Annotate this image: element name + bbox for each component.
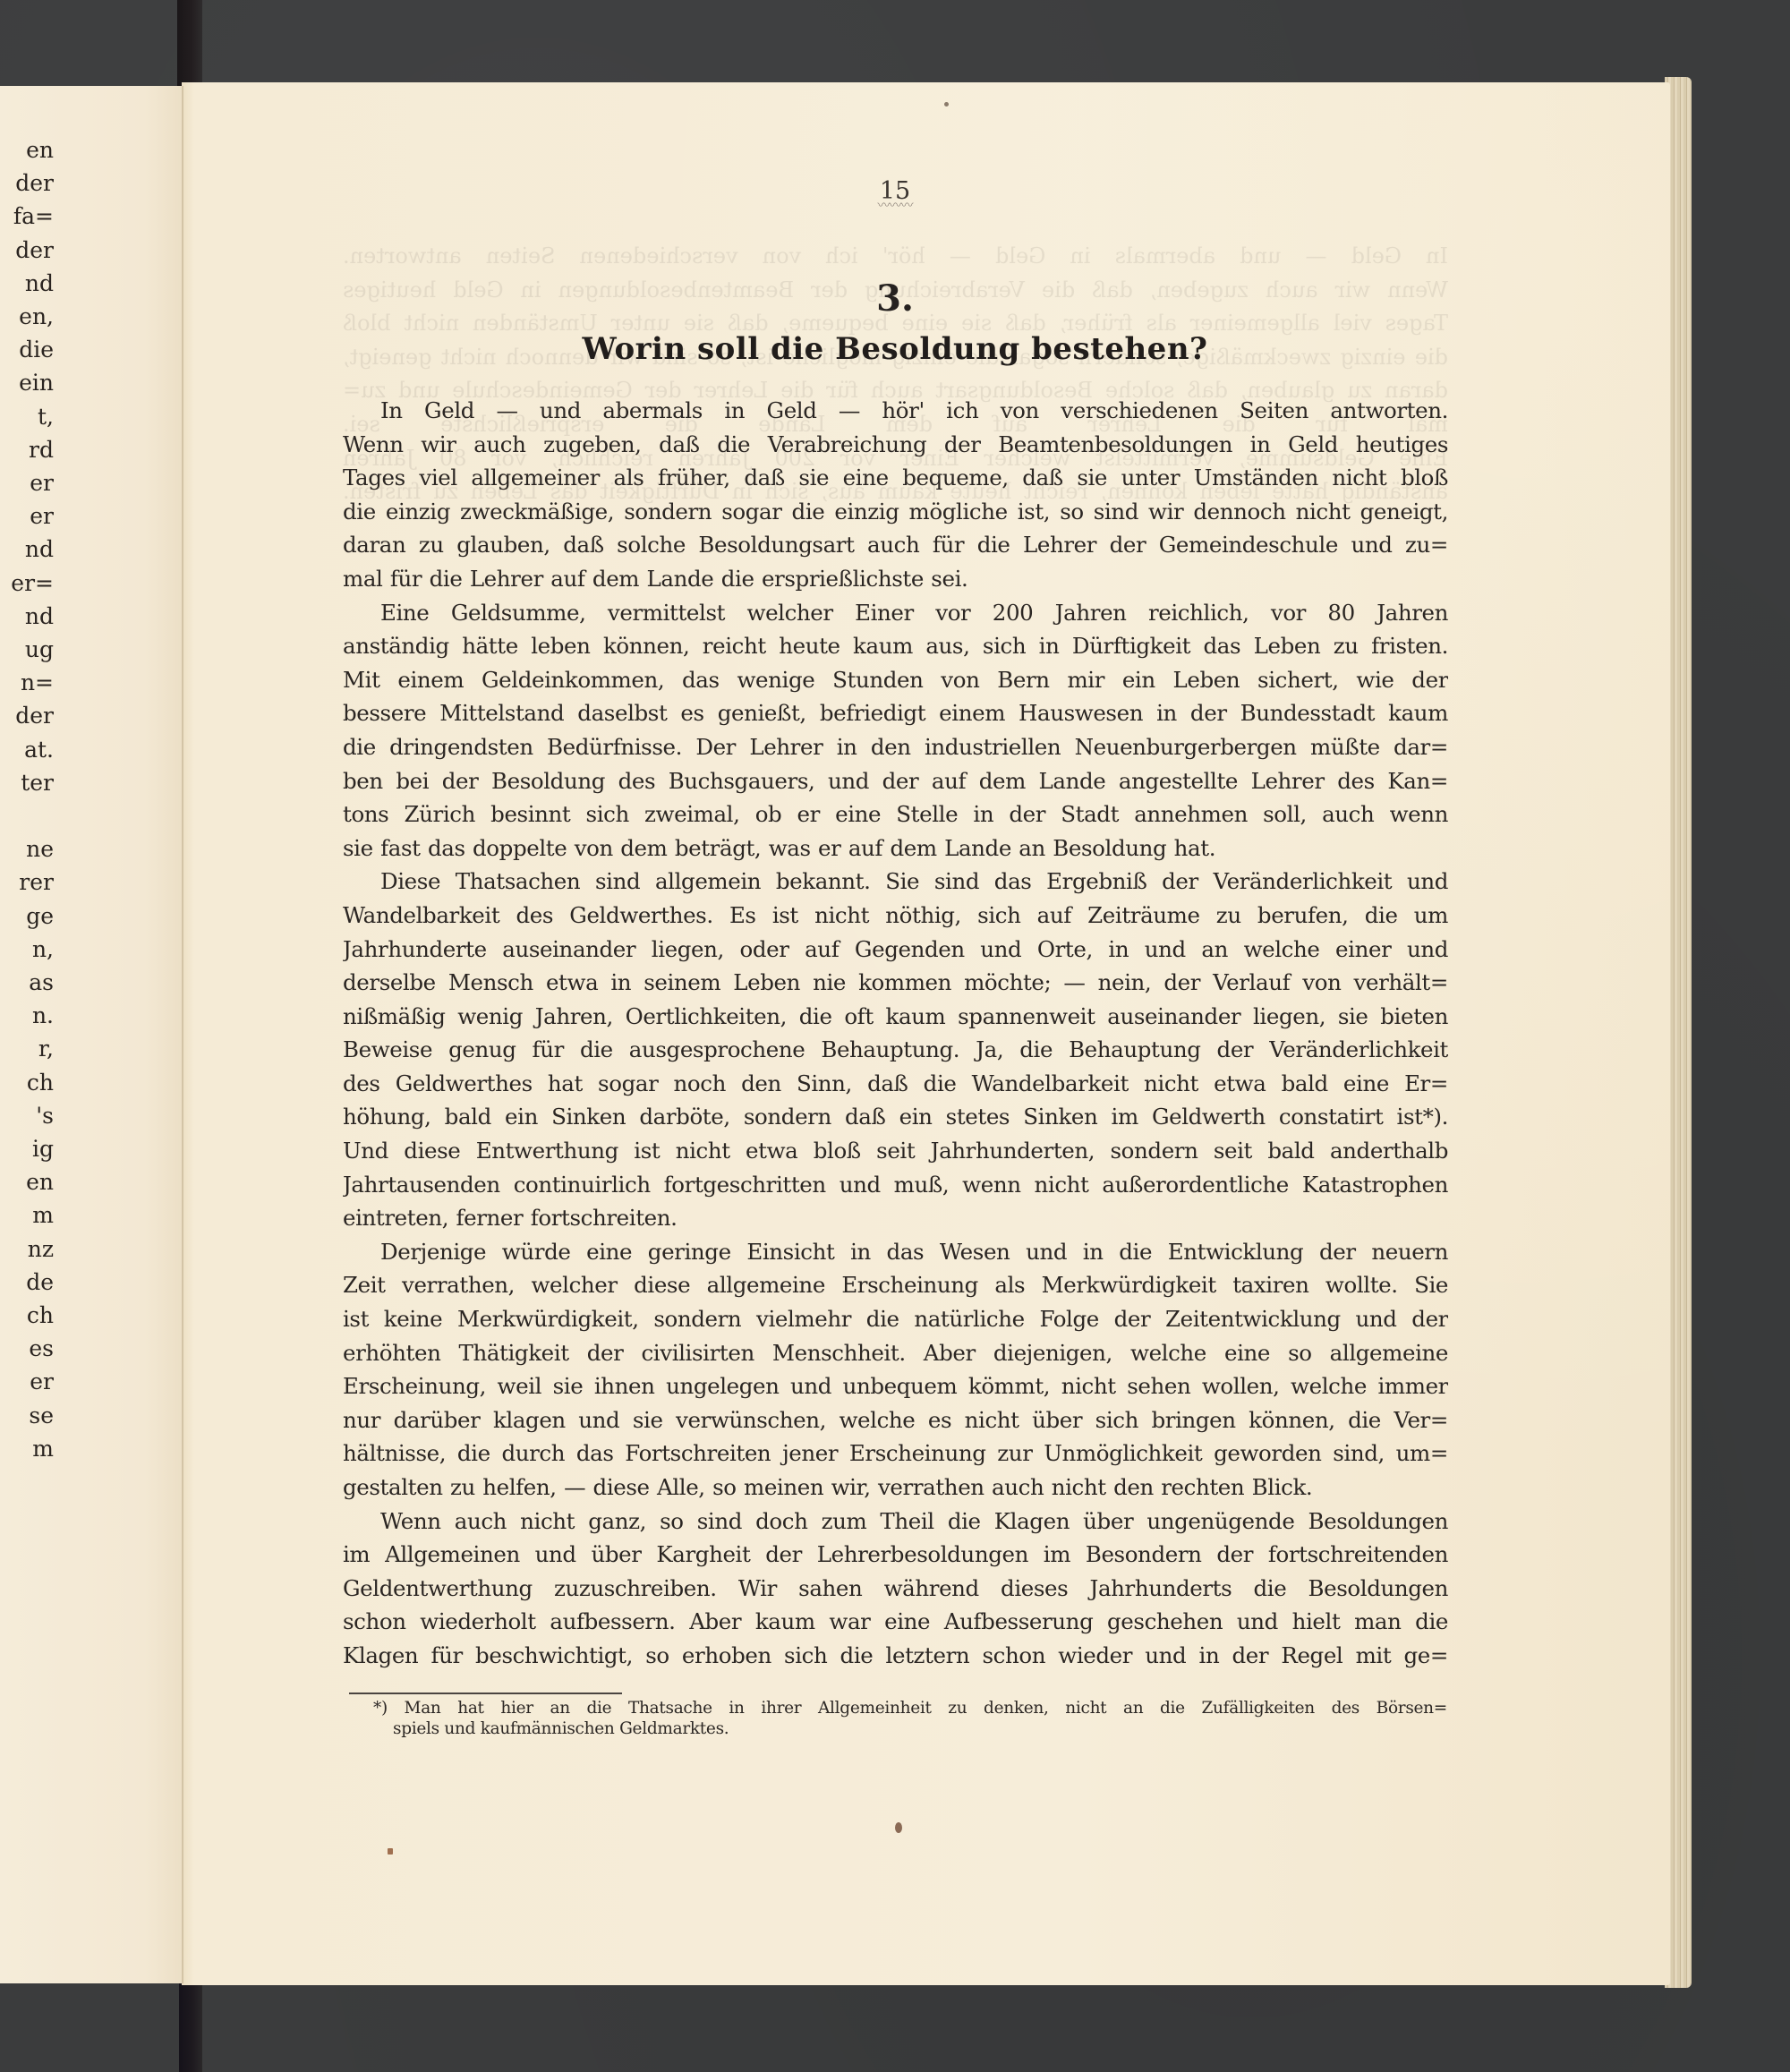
chapter-number: 3.: [805, 277, 984, 320]
text-line: nur darüber klagen und sie verwünschen, …: [343, 1403, 1448, 1437]
text-line: höhung, bald ein Sinken darböte, sondern…: [343, 1100, 1448, 1134]
text-line: gestalten zu helfen, — diese Alle, so me…: [343, 1471, 1448, 1505]
text-line: Erscheinung, weil sie ihnen ungelegen un…: [343, 1369, 1448, 1403]
text-line: Geldentwerthung zuzuschreiben. Wir sahen…: [343, 1572, 1448, 1606]
footnote-line: *) Man hat hier an die Thatsache in ihre…: [373, 1698, 1447, 1718]
left-page-fragment: nz: [0, 1238, 54, 1260]
text-line: Zeit verrathen, welcher diese allgemeine…: [343, 1268, 1448, 1302]
text-line: eintreten, ferner fortschreiten.: [343, 1201, 1448, 1235]
text-line: hältnisse, die durch das Fortschreiten j…: [343, 1437, 1448, 1471]
text-line: Tages viel allgemeiner als früher, daß s…: [343, 461, 1448, 495]
page-number-ornament: 〰〰〰: [868, 202, 922, 209]
show-through-line: In Geld — und abermals in Geld — hör' ic…: [343, 240, 1448, 274]
left-page-fragment: as: [0, 971, 54, 993]
text-line: Wenn auch nicht ganz, so sind doch zum T…: [343, 1505, 1448, 1539]
body-text: In Geld — und abermals in Geld — hör' ic…: [343, 394, 1448, 1673]
left-page-fragment: de: [0, 1271, 54, 1293]
left-page-fragment: m: [0, 1204, 54, 1226]
gutter-fold: [182, 86, 183, 1983]
left-page-fragment: der: [0, 239, 54, 261]
text-line: ben bei der Besoldung des Buchsgauers, u…: [343, 764, 1448, 798]
text-line: sie fast das doppelte von dem beträgt, w…: [343, 831, 1448, 865]
text-line: bessere Mittelstand daselbst es genießt,…: [343, 696, 1448, 730]
footnote-line: spiels und kaufmännischen Geldmarktes.: [373, 1718, 1447, 1739]
left-page-fragment: der: [0, 172, 54, 194]
left-page-fragment: ge: [0, 905, 54, 927]
paper-speck: [895, 1822, 902, 1833]
text-line: Und diese Entwerthung ist nicht etwa blo…: [343, 1134, 1448, 1168]
left-page-fragment: en: [0, 139, 54, 161]
text-line: erhöhten Thätigkeit der civilisirten Men…: [343, 1336, 1448, 1370]
text-line: Beweise genug für die ausgesprochene Beh…: [343, 1033, 1448, 1067]
text-line: nißmäßig wenig Jahren, Oertlichkeiten, d…: [343, 1000, 1448, 1034]
left-page-fragment: en,: [0, 305, 54, 328]
text-line: Diese Thatsachen sind allgemein bekannt.…: [343, 865, 1448, 899]
left-page-fragment: ter: [0, 772, 54, 794]
left-page-fragment: n.: [0, 1004, 54, 1027]
left-page-fragment: er: [0, 472, 54, 494]
left-page-fragment: fa=: [0, 205, 54, 227]
spine-shadow-bottom: [179, 1982, 202, 2072]
footnote: *) Man hat hier an die Thatsache in ihre…: [373, 1698, 1447, 1739]
text-line: daran zu glauben, daß solche Besoldungsa…: [343, 528, 1448, 562]
left-page-fragment: nd: [0, 272, 54, 294]
paper-speck: [388, 1848, 393, 1855]
left-page-fragment: er=: [0, 572, 54, 594]
left-page: enderfa=dernden,dieeint,rderernder=ndugn…: [0, 86, 182, 1983]
left-page-fragment: m: [0, 1437, 54, 1460]
left-page-fragment: ein: [0, 371, 54, 394]
paper-speck: [944, 102, 949, 107]
left-page-fragment: es: [0, 1337, 54, 1360]
text-line: Jahrtausenden continuirlich fortgeschrit…: [343, 1168, 1448, 1202]
left-page-fragment: n,: [0, 938, 54, 960]
text-line: die dringendsten Bedürfnisse. Der Lehrer…: [343, 730, 1448, 764]
text-line: In Geld — und abermals in Geld — hör' ic…: [343, 394, 1448, 428]
text-line: Wenn wir auch zugeben, daß die Verabreic…: [343, 428, 1448, 462]
text-line: die einzig zweckmäßige, sondern sogar di…: [343, 495, 1448, 529]
left-page-fragment: t,: [0, 405, 54, 428]
left-page-fragment: n=: [0, 671, 54, 694]
left-page-fragment: ne: [0, 838, 54, 860]
left-page-fragment: se: [0, 1404, 54, 1427]
left-page-fragment: ch: [0, 1071, 54, 1094]
left-page-fragment: 's: [0, 1104, 54, 1127]
left-page-fragment: er: [0, 1370, 54, 1393]
left-page-fragment: ug: [0, 638, 54, 661]
text-line: Mit einem Geldeinkommen, das wenige Stun…: [343, 663, 1448, 697]
text-line: des Geldwerthes hat sogar noch den Sinn,…: [343, 1067, 1448, 1101]
text-line: derselbe Mensch etwa in seinem Leben nie…: [343, 966, 1448, 1000]
text-line: Eine Geldsumme, vermittelst welcher Eine…: [343, 596, 1448, 630]
text-line: mal für die Lehrer auf dem Lande die ers…: [343, 562, 1448, 596]
footnote-rule: [349, 1693, 622, 1694]
chapter-title: Worin soll die Besoldung bestehen?: [447, 331, 1342, 367]
left-page-fragment: er: [0, 505, 54, 527]
left-page-fragment: en: [0, 1171, 54, 1193]
left-page-fragment: r,: [0, 1037, 54, 1060]
page-number: 15: [855, 177, 935, 205]
text-line: ist keine Merkwürdigkeit, sondern vielme…: [343, 1302, 1448, 1336]
left-page-fragment: die: [0, 338, 54, 361]
left-page-fragment: nd: [0, 538, 54, 560]
left-page-fragment: rd: [0, 439, 54, 461]
left-page-fragment: der: [0, 704, 54, 727]
left-page-fragment: nd: [0, 605, 54, 627]
text-line: Jahrhunderte auseinander liegen, oder au…: [343, 933, 1448, 967]
left-page-fragment: ig: [0, 1138, 54, 1160]
text-line: anständig hätte leben können, reicht heu…: [343, 629, 1448, 663]
text-line: Derjenige würde eine geringe Einsicht in…: [343, 1235, 1448, 1269]
spine-shadow-top: [177, 0, 202, 88]
left-page-fragment: rer: [0, 871, 54, 893]
text-line: Wandelbarkeit des Geldwerthes. Es ist ni…: [343, 899, 1448, 933]
text-line: tons Zürich besinnt sich zweimal, ob er …: [343, 797, 1448, 831]
text-line: im Allgemeinen und über Kargheit der Leh…: [343, 1538, 1448, 1572]
left-page-fragment: at.: [0, 738, 54, 761]
text-line: Klagen für beschwichtigt, so erhoben sic…: [343, 1639, 1448, 1673]
text-line: schon wiederholt aufbessern. Aber kaum w…: [343, 1605, 1448, 1639]
left-page-fragment: ch: [0, 1304, 54, 1326]
